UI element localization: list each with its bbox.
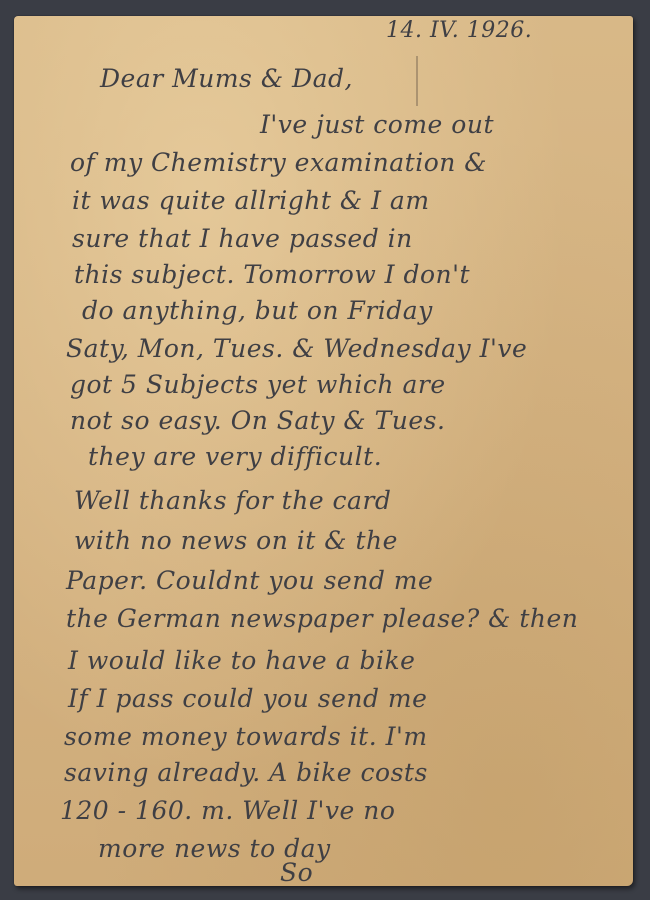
letter-line: of my Chemistry examination &: [70, 148, 487, 177]
letter-line: it was quite allright & I am: [72, 186, 430, 215]
letter-line: got 5 Subjects yet which are: [70, 370, 446, 399]
letter-date: 14. IV. 1926.: [386, 18, 532, 43]
salutation: Dear Mums & Dad,: [100, 64, 353, 93]
closing-word: So: [280, 858, 313, 887]
letter-line: I've just come out: [260, 110, 494, 139]
letter-line: do anything, but on Friday: [82, 296, 433, 325]
letter-line: some money towards it. I'm: [64, 722, 428, 751]
postcard: 14. IV. 1926. Dear Mums & Dad, I've just…: [14, 16, 633, 886]
letter-line: saving already. A bike costs: [64, 758, 428, 787]
letter-line: sure that I have passed in: [72, 224, 413, 253]
postmark-trace: [416, 56, 418, 106]
letter-line: the German newspaper please? & then: [66, 604, 578, 633]
letter-line: I would like to have a bike: [68, 646, 415, 675]
letter-line: not so easy. On Saty & Tues.: [70, 406, 445, 435]
letter-line: Paper. Couldnt you send me: [66, 566, 433, 595]
letter-line: If I pass could you send me: [68, 684, 427, 713]
letter-line: this subject. Tomorrow I don't: [74, 260, 470, 289]
letter-line: 120 - 160. m. Well I've no: [60, 796, 395, 825]
letter-line: Well thanks for the card: [74, 486, 391, 515]
letter-line: Saty, Mon, Tues. & Wednesday I've: [66, 334, 527, 363]
letter-line: with no news on it & the: [74, 526, 398, 555]
letter-line: they are very difficult.: [88, 442, 382, 471]
